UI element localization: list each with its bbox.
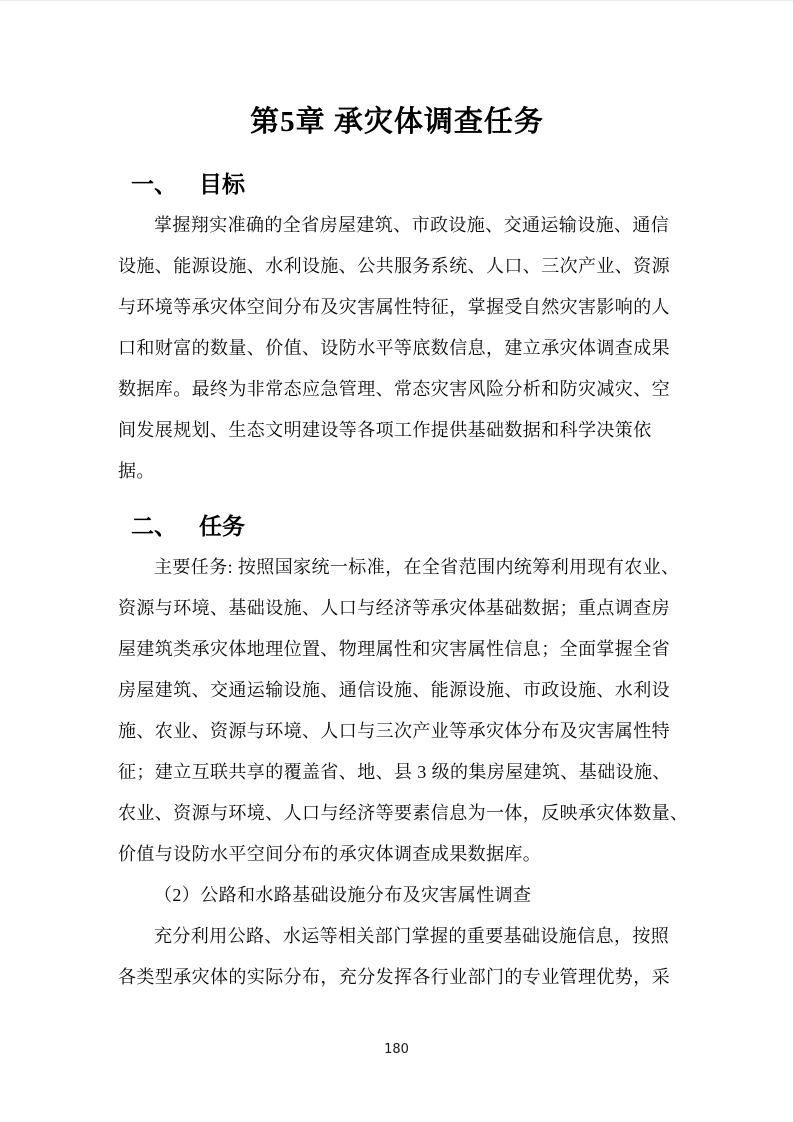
text-line: 主要任务: 按照国家统一标准，在全省范围内统筹利用现有农业、 xyxy=(118,547,676,588)
text-line: 口和财富的数量、价值、设防水平等底数信息，建立承灾体调查成果 xyxy=(118,328,676,369)
document-page: 第5章 承灾体调查任务 一、目标 掌握翔实准确的全省房屋建筑、市政设施、交通运输… xyxy=(0,1,793,1122)
text-line: 农业、资源与环境、人口与经济等要素信息为一体，反映承灾体数量、 xyxy=(118,793,676,834)
section-tasks-numeral: 二、 xyxy=(131,513,177,539)
text-line: 掌握翔实准确的全省房屋建筑、市政设施、交通运输设施、通信 xyxy=(118,205,676,246)
chapter-title: 第5章 承灾体调查任务 xyxy=(118,101,676,143)
section-goals-title: 目标 xyxy=(199,171,245,197)
section-tasks-title: 任务 xyxy=(199,513,245,539)
text-line: 房屋建筑、交通运输设施、通信设施、能源设施、市政设施、水利设 xyxy=(118,670,676,711)
section-tasks: 二、任务 主要任务: 按照国家统一标准，在全省范围内统筹利用现有农业、资源与环境… xyxy=(118,510,676,998)
goals-paragraph: 掌握翔实准确的全省房屋建筑、市政设施、交通运输设施、通信设施、能源设施、水利设施… xyxy=(118,205,676,492)
text-line: 各类型承灾体的实际分布，充分发挥各行业部门的专业管理优势，采 xyxy=(118,957,676,998)
section-goals-numeral: 一、 xyxy=(131,171,177,197)
text-line: 价值与设防水平空间分布的承灾体调查成果数据库。 xyxy=(118,834,676,875)
text-line: 据。 xyxy=(118,451,676,492)
text-line: 数据库。最终为非常态应急管理、常态灾害风险分析和防灾减灾、空 xyxy=(118,369,676,410)
tasks-subitem-heading: （2）公路和水路基础设施分布及灾害属性调查 xyxy=(118,875,676,916)
text-line: 设施、能源设施、水利设施、公共服务系统、人口、三次产业、资源 xyxy=(118,246,676,287)
section-goals-heading: 一、目标 xyxy=(118,168,676,200)
page-content: 第5章 承灾体调查任务 一、目标 掌握翔实准确的全省房屋建筑、市政设施、交通运输… xyxy=(0,101,793,998)
section-goals: 一、目标 掌握翔实准确的全省房屋建筑、市政设施、交通运输设施、通信设施、能源设施… xyxy=(118,168,676,492)
tasks-main-paragraph: 主要任务: 按照国家统一标准，在全省范围内统筹利用现有农业、资源与环境、基础设施… xyxy=(118,547,676,875)
section-tasks-body: 主要任务: 按照国家统一标准，在全省范围内统筹利用现有农业、资源与环境、基础设施… xyxy=(118,547,676,998)
text-line: 征；建立互联共享的覆盖省、地、县 3 级的集房屋建筑、基础设施、 xyxy=(118,752,676,793)
section-tasks-heading: 二、任务 xyxy=(118,510,676,542)
text-line: 资源与环境、基础设施、人口与经济等承灾体基础数据；重点调查房 xyxy=(118,588,676,629)
text-line: （2）公路和水路基础设施分布及灾害属性调查 xyxy=(118,875,676,916)
text-line: 充分利用公路、水运等相关部门掌握的重要基础设施信息，按照 xyxy=(118,916,676,957)
text-line: 与环境等承灾体空间分布及灾害属性特征，掌握受自然灾害影响的人 xyxy=(118,287,676,328)
page-number: 180 xyxy=(0,1041,793,1059)
section-goals-body: 掌握翔实准确的全省房屋建筑、市政设施、交通运输设施、通信设施、能源设施、水利设施… xyxy=(118,205,676,492)
tasks-subitem-paragraph: 充分利用公路、水运等相关部门掌握的重要基础设施信息，按照各类型承灾体的实际分布，… xyxy=(118,916,676,998)
text-line: 屋建筑类承灾体地理位置、物理属性和灾害属性信息；全面掌握全省 xyxy=(118,629,676,670)
text-line: 施、农业、资源与环境、人口与三次产业等承灾体分布及灾害属性特 xyxy=(118,711,676,752)
text-line: 间发展规划、生态文明建设等各项工作提供基础数据和科学决策依 xyxy=(118,410,676,451)
